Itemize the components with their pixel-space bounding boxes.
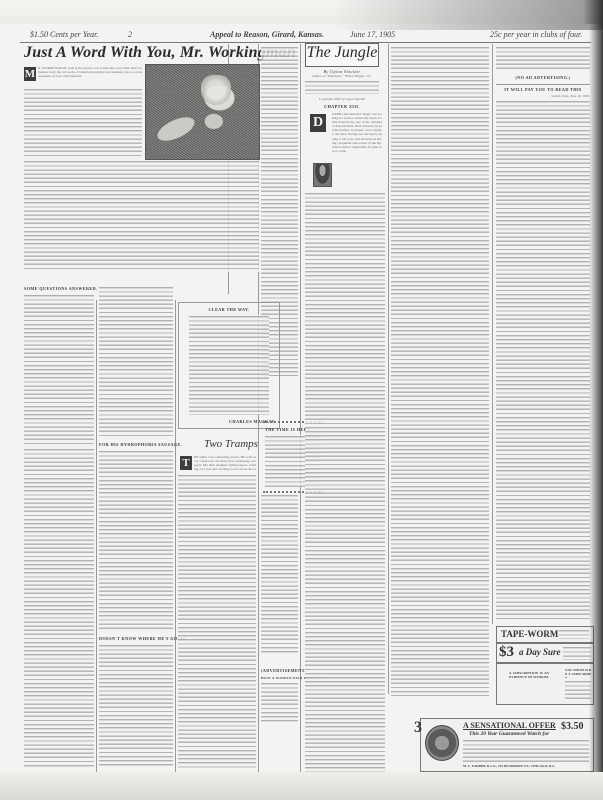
some-questions-continued: [24, 448, 94, 768]
watch-ad-subtitle: This 20 Year Guaranteed Watch for: [469, 731, 549, 737]
workingman-headline: Just A Word With You, Mr. Workingman: [24, 44, 229, 62]
workingman-text-column: [24, 88, 142, 158]
advertisement-text: [261, 682, 298, 724]
it-will-pay-text: [496, 100, 590, 620]
jungle-text-column-2: [391, 46, 489, 696]
scan-bottom-margin: [0, 772, 603, 800]
jungle-text-column-1: [305, 192, 385, 772]
workingman-drop-cap: M: [24, 67, 36, 81]
workingman-lead: R. WORKINGMAN, look at the picture. Let …: [38, 66, 142, 86]
publication-name: Appeal to Reason, Girard, Kansas.: [210, 30, 324, 39]
poem-heading: CLEAR THE WAY.: [179, 307, 279, 312]
watch-ad-text: [463, 739, 589, 763]
day-sure-amount: $3: [499, 644, 514, 661]
column-rule: [96, 300, 97, 780]
subscription-price: $1.50 Cents per Year.: [30, 30, 98, 39]
page-number: 2: [128, 30, 132, 39]
arm-figure: [154, 112, 198, 145]
some-questions-heading: SOME QUESTIONS ANSWERED.: [24, 286, 94, 291]
masthead: $1.50 Cents per Year. 2 Appeal to Reason…: [20, 28, 591, 43]
poem-stanzas: [189, 315, 269, 415]
dont-know-text: [99, 644, 173, 768]
column-rule: [300, 44, 301, 784]
jungle-drop-cap: D: [310, 114, 326, 132]
jungle-subbyline: Author of "Manassas," "Prince Hagen," et…: [305, 74, 379, 79]
day-sure-title: a Day Sure: [519, 647, 561, 657]
some-questions-text: [24, 294, 94, 444]
jungle-text-lead: URING this time that Jurgis was looking …: [332, 112, 382, 192]
two-tramps-text: [178, 474, 256, 770]
club-price: 25c per year in clubs of four.: [490, 30, 582, 39]
hydrophobia-text: [99, 450, 173, 630]
subscription-ad-title: A SUBSCRIPTION IS AN EVIDENCE OF WISDOM.: [509, 671, 549, 681]
column-four-text: [261, 494, 298, 654]
day-sure-text: [563, 646, 591, 660]
scan-smudge: [0, 0, 603, 30]
questions-middle-column: [99, 286, 173, 436]
tapeworm-title: TAPE-WORM: [501, 629, 558, 639]
jungle-copyright: Copyright 1905 by Upton Sinclair: [305, 97, 379, 102]
day-sure-ad[interactable]: $3 a Day Sure: [496, 643, 594, 663]
cartoon-illustration: [145, 64, 260, 160]
hand-figure: [201, 75, 231, 105]
tapeworm-text: [559, 629, 589, 639]
watch-ad-footer: M. C. FARBER & CO., 225 DEARBORN ST., CH…: [463, 764, 589, 769]
no-ad-advertising: (NO AD ADVERTISING.): [496, 75, 590, 80]
column-rule: [388, 44, 389, 694]
jungle-portrait-ornament: [313, 163, 332, 187]
tapeworm-ad[interactable]: TAPE-WORM: [496, 626, 594, 643]
subscription-ad-text: [565, 680, 591, 700]
two-tramps-drop-cap: T: [180, 456, 192, 470]
column-rule: [492, 44, 493, 624]
advertisement-subheading: HOW A WOMAN PAID HER DEBTS: [261, 676, 298, 680]
advertisement-heading: (ADVERTISEMENT.): [261, 668, 298, 673]
workingman-text-wide: [24, 160, 259, 272]
poem-box: CLEAR THE WAY. CHARLES MACKAY.: [178, 302, 280, 429]
column-rule: [175, 300, 176, 780]
jungle-headline: The Jungle: [305, 43, 379, 67]
subscription-ad-side: YOU SHOULD BE A SUBSCRIBER: [565, 668, 591, 678]
pocket-watch-illustration: [425, 725, 459, 761]
jungle-chapter: CHAPTER XIII.: [305, 104, 379, 109]
two-tramps-lead: HE editor was counseling proofs. His wif…: [194, 455, 256, 471]
scan-right-shadow: [589, 24, 603, 784]
hydrophobia-heading: FOR HIS HYDROPHOBIA SAUSAGE.: [99, 442, 173, 447]
watch-ad-title: A SENSATIONAL OFFER: [463, 721, 556, 730]
watch-ad-price: $3.50: [561, 721, 584, 732]
preceding-text: [496, 46, 590, 72]
it-will-pay-heading: IT WILL PAY YOU TO READ THIS: [496, 87, 590, 92]
watch-ad-side-number: 3: [414, 719, 422, 737]
issue-date: June 17, 1905: [350, 30, 395, 39]
it-will-pay-dateline: Girard, Kan., June 10, 1905.: [496, 94, 590, 99]
subscription-ad[interactable]: A SUBSCRIPTION IS AN EVIDENCE OF WISDOM.…: [496, 663, 594, 705]
dont-know-heading: DOESN'T KNOW WHERE HE'S GOING: [99, 636, 173, 641]
jungle-synopsis: [305, 80, 379, 94]
section-divider: [496, 84, 590, 85]
